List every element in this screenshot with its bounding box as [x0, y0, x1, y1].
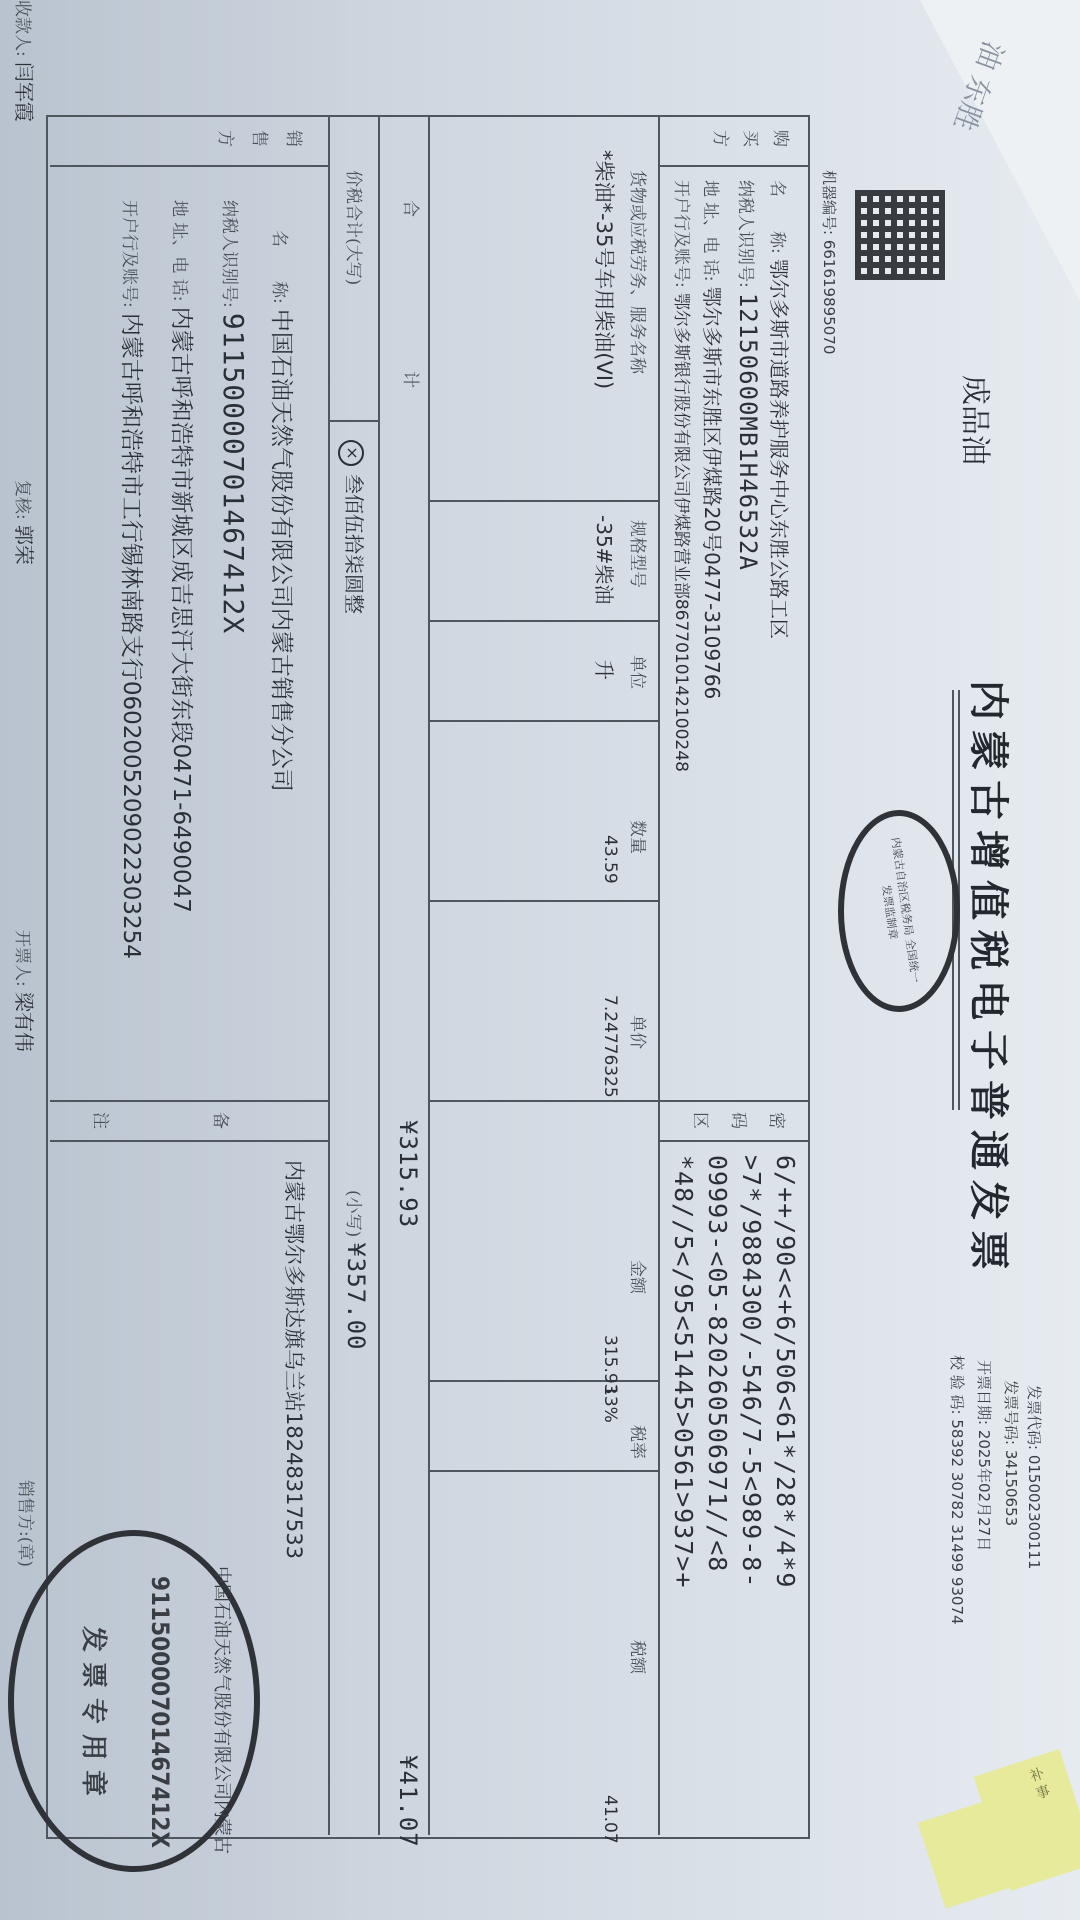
drawer-label: 开票人:: [12, 930, 32, 987]
item-unit-price: 7.24776325: [600, 995, 620, 1098]
buyer-tax-id-label: 纳税人识别号:: [735, 180, 755, 288]
remarks-text: 内蒙古鄂尔多斯达旗乌兰站18248317533: [280, 1160, 310, 1559]
remarks-label-divider: [50, 1140, 330, 1142]
cipher-line-4: *48//5</95<51445>0561>937>+: [669, 1155, 698, 1588]
issue-date-label: 开票日期:: [975, 1360, 993, 1425]
buyer-name: 鄂尔多斯市道路养护服务中心东胜公路工区: [767, 259, 791, 639]
buyer-name-label: 名 称:: [767, 180, 787, 254]
company-seal-top: 中国石油天然气股份有限公司内蒙古: [210, 1566, 236, 1854]
cipher-section-label: 密码区: [681, 1112, 795, 1132]
invoice-number-label: 发票号码:: [1002, 1380, 1020, 1445]
seller-address-label: 地 址、电 话:: [169, 200, 189, 302]
cipher-line-2: >7*/9884300/-546/7-5<989-8-: [737, 1155, 766, 1588]
company-seal-bottom: 发票专用章: [77, 1626, 114, 1806]
divider-total: [428, 115, 430, 1835]
grand-total-uppercase: 叁佰伍拾柒圆整: [342, 474, 366, 614]
divider-seller: [328, 115, 330, 1835]
grand-total-lowercase-label: (小写): [343, 1190, 363, 1237]
remarks-section-label: 备注: [40, 1112, 280, 1132]
seller-label-divider: [50, 165, 330, 167]
seller-tax-id-label: 纳税人识别号:: [219, 200, 239, 308]
col-divider: [430, 900, 660, 902]
buyer-bank-label: 开户行及账号:: [671, 180, 691, 288]
col-divider: [430, 1100, 660, 1102]
payee-label: 收款人:: [12, 0, 32, 57]
col-divider: [430, 1380, 660, 1382]
buyer-bank: 鄂尔多斯银行股份有限公司伊煤路营业部8677010142100248: [671, 293, 691, 772]
seller-section-label: 销售方: [208, 130, 310, 150]
payee-name: 闫军霞: [12, 62, 36, 122]
item-tax: 41.07: [600, 1795, 620, 1844]
item-spec: -35#柴油: [591, 515, 620, 604]
col-header-name: 货物或应税劳务、服务名称: [627, 170, 652, 374]
issue-date: 2025年02月27日: [975, 1430, 993, 1551]
col-header-amount: 金额: [627, 1260, 652, 1294]
buyer-address: 鄂尔多斯市东胜区伊煤路20号0477-3109766: [700, 287, 724, 700]
reviewer-name: 郭荣: [12, 525, 36, 565]
invoice-title: 内蒙古增值税电子普通发票: [963, 680, 1020, 1280]
seller-bank: 内蒙古呼和浩特市工行锡林南路支行0602005209022303254: [118, 313, 144, 959]
col-header-spec: 规格型号: [627, 520, 652, 588]
machine-code-label: 机器编号:: [820, 170, 838, 235]
subtotal-label: 合 计: [400, 200, 425, 428]
col-divider: [430, 620, 660, 622]
handwritten-note: 油 东胜: [945, 36, 1014, 137]
check-code-label: 校 验 码:: [948, 1355, 966, 1415]
invoice-code: 015002300111: [1025, 1455, 1043, 1570]
col-header-unit: 单位: [627, 655, 652, 689]
col-header-tax: 税额: [627, 1640, 652, 1674]
col-divider: [430, 1470, 660, 1472]
col-header-quantity: 数量: [627, 820, 652, 854]
invoice-document: 内蒙古增值税电子普通发票 成品油 发票代码: 015002300111 发票号码…: [0, 0, 1080, 1920]
col-header-tax-rate: 税率: [627, 1425, 652, 1459]
subtotal-tax: ¥41.07: [394, 1755, 422, 1848]
invoice-category: 成品油: [956, 375, 1000, 465]
check-code: 58392 30782 31499 93074: [948, 1419, 966, 1624]
company-seal-id: 91150000701467412X: [146, 1576, 174, 1848]
invoice-code-label: 发票代码:: [1025, 1385, 1043, 1450]
seller-tax-id: 91150000701467412X: [217, 313, 250, 634]
col-divider: [430, 720, 660, 722]
cipher-line-1: 6/++/90<<+6/506<61*/28*/4*9: [771, 1155, 800, 1588]
circle-x-icon: ×: [338, 440, 364, 466]
buyer-address-label: 地 址、电 话:: [700, 180, 720, 282]
seller-bank-label: 开户行及账号:: [119, 200, 139, 308]
item-quantity: 43.59: [600, 835, 620, 884]
item-tax-rate: 13%: [600, 1385, 620, 1423]
cipher-line-3: 09993-<05-820260506971//<8: [703, 1155, 732, 1572]
reviewer-label: 复核:: [12, 480, 32, 520]
grand-total-divider: [330, 420, 380, 422]
buyer-label-divider: [660, 165, 810, 167]
machine-code: 661619895070: [820, 240, 838, 355]
grand-total-lowercase: ¥357.00: [342, 1242, 370, 1350]
col-divider: [430, 500, 660, 502]
seller-address: 内蒙古呼和浩特市新城区成吉思汗大街东段0471-6490047: [168, 307, 194, 913]
seller-name-label: 名 称:: [269, 230, 289, 304]
subtotal-amount: ¥315.93: [394, 1120, 422, 1228]
drawer-name: 梁有伟: [12, 992, 36, 1052]
item-name: *柴油*-35号车用柴油(VI): [590, 150, 620, 389]
grand-total-label: 价税合计(大写): [343, 170, 368, 285]
col-header-unit-price: 单价: [627, 1015, 652, 1049]
remarks-divider: [50, 1100, 330, 1102]
invoice-number: 34150653: [1002, 1450, 1020, 1526]
item-unit: 升: [591, 660, 620, 680]
seller-seal-label: 销售方:(章): [15, 1480, 40, 1567]
cipher-divider: [660, 1100, 810, 1102]
qr-code: [855, 190, 945, 280]
company-invoice-seal: 中国石油天然气股份有限公司内蒙古 91150000701467412X 发票专用…: [8, 1530, 260, 1872]
tax-seal-text: 内蒙古自治区税务局 全国统一发票监制章: [872, 835, 925, 988]
cipher-label-divider: [660, 1140, 810, 1142]
buyer-tax-id: 12150600MB1H46532A: [734, 293, 762, 571]
divider-buyer: [658, 115, 660, 1835]
tax-bureau-seal: 内蒙古自治区税务局 全国统一发票监制章: [838, 810, 960, 1012]
seller-name: 中国石油天然气股份有限公司内蒙古销售分公司: [268, 309, 294, 792]
divider-grand-total: [378, 115, 380, 1835]
buyer-section-label: 购买方: [705, 130, 795, 150]
